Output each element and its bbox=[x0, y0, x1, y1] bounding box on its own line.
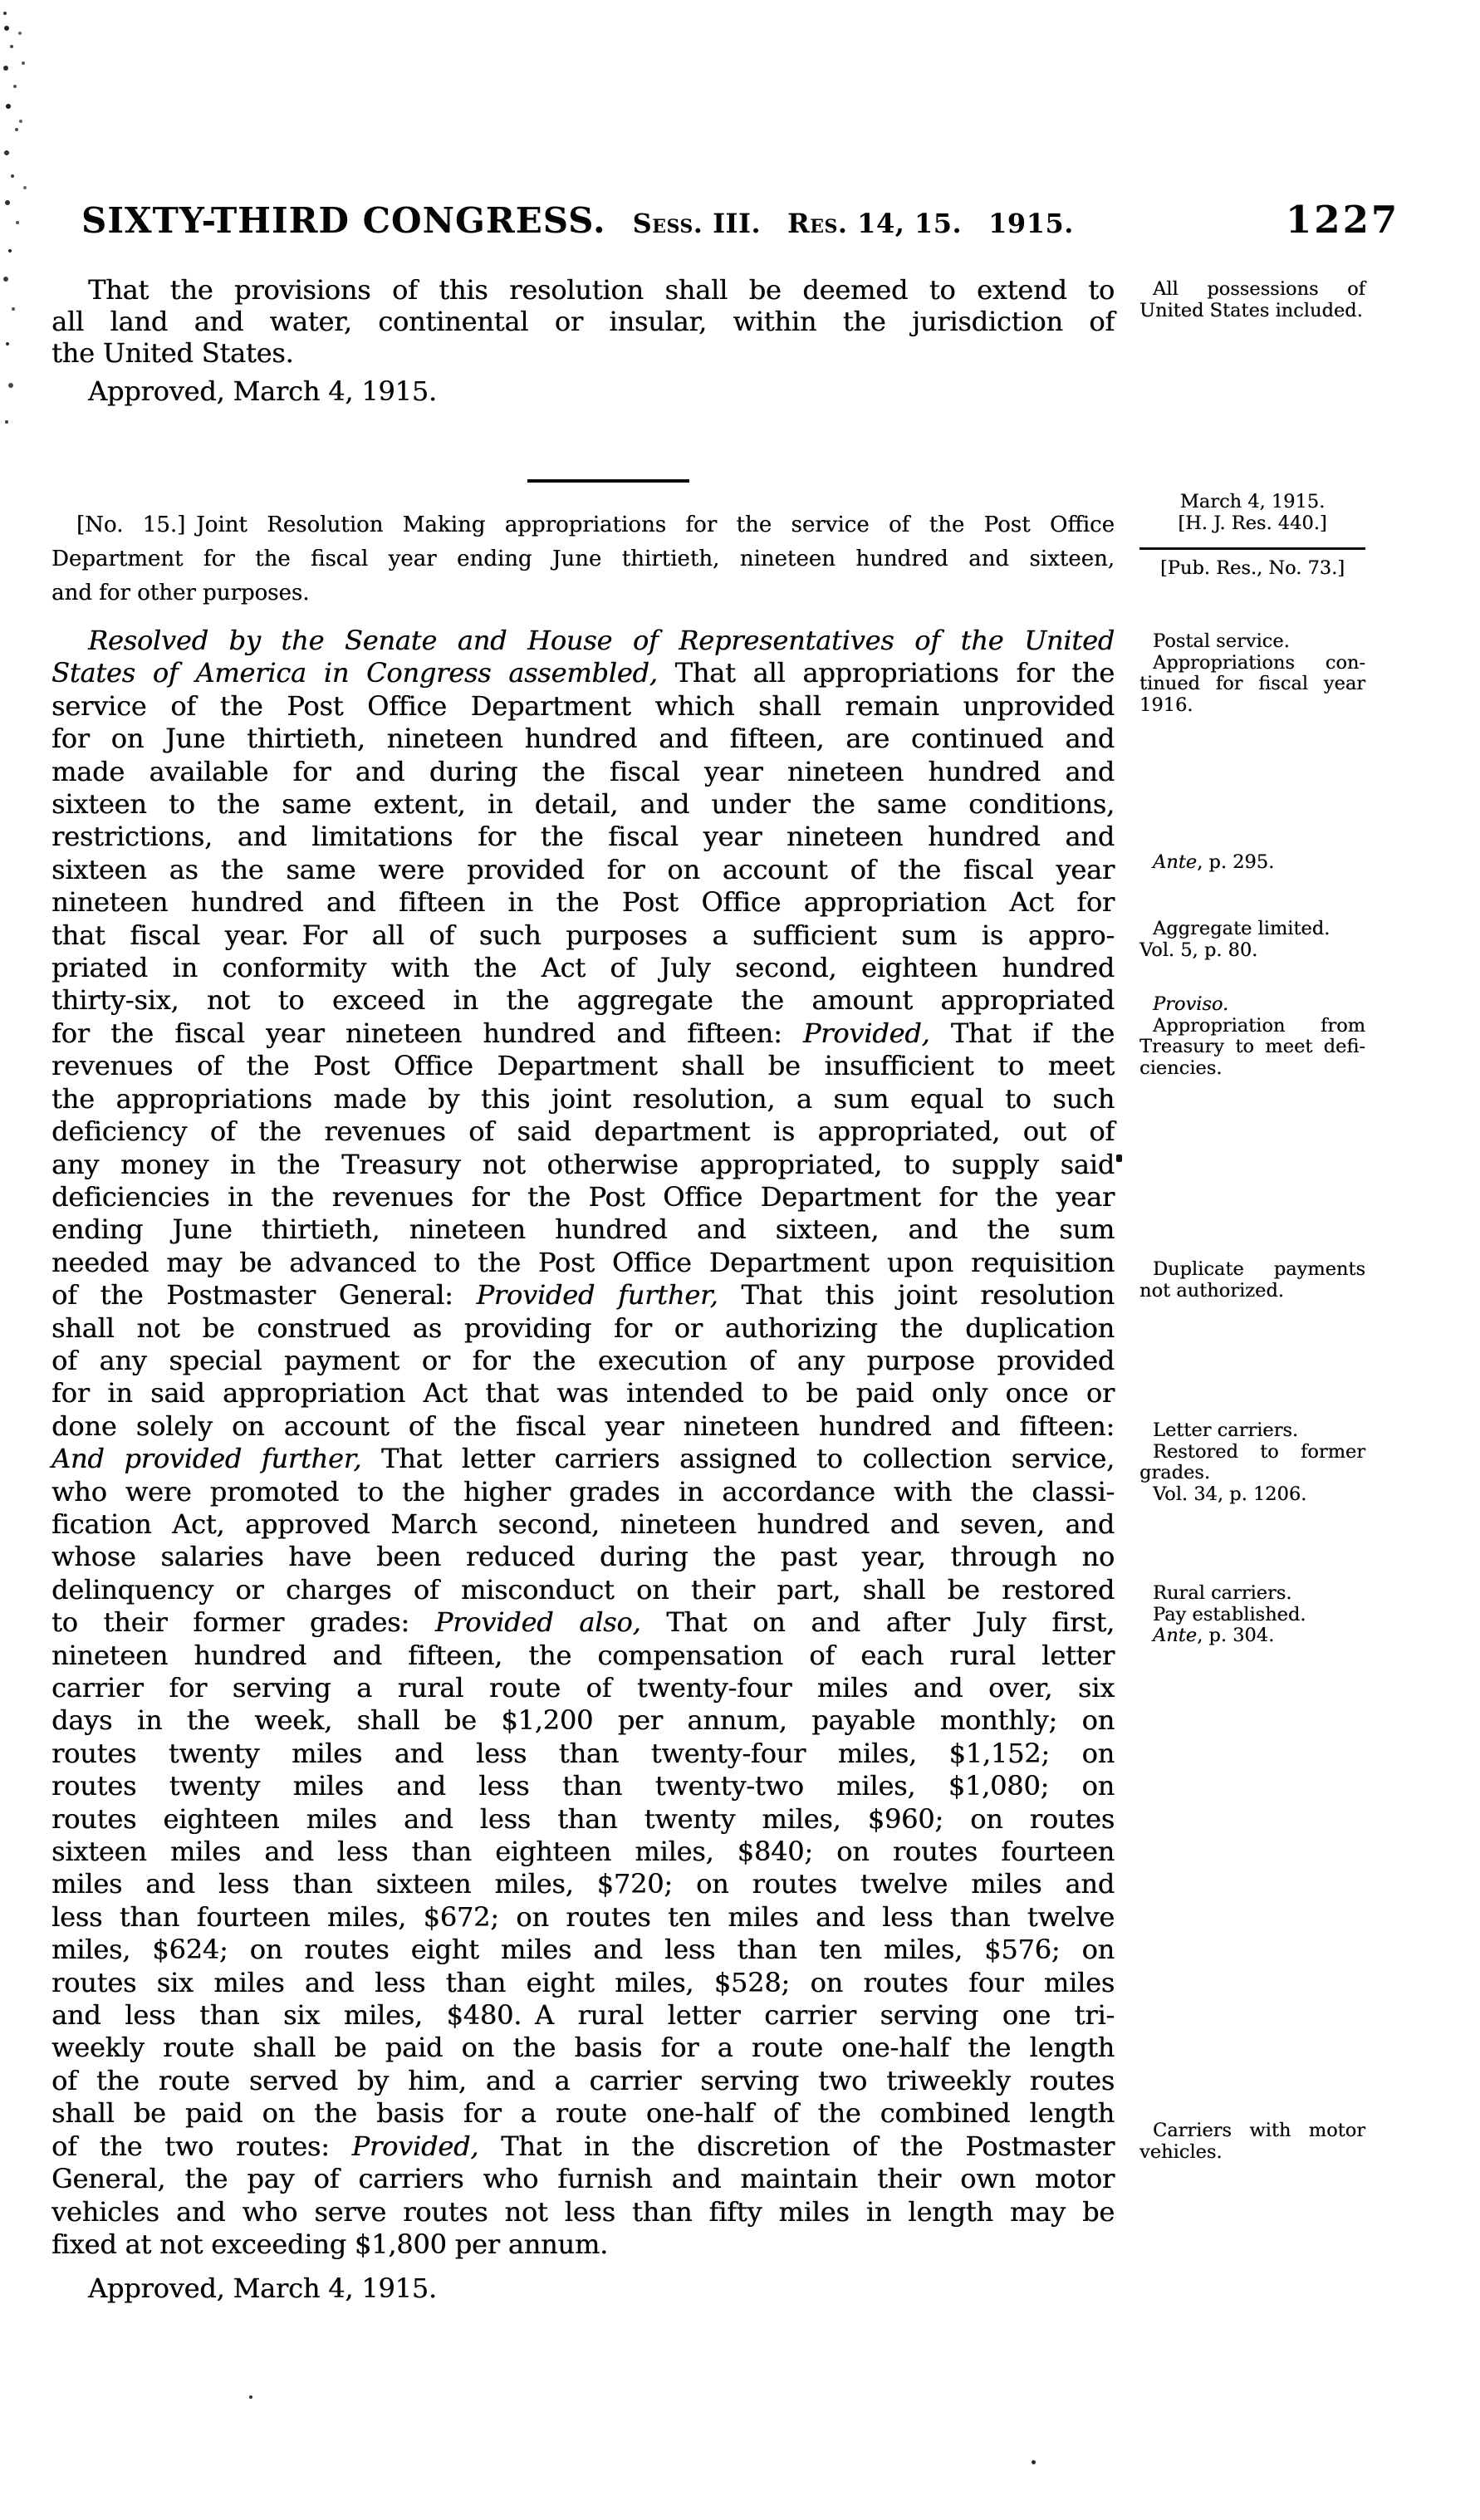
text-line: Department for the fiscal year ending Ju… bbox=[51, 542, 1115, 576]
text-line: and for other purposes. bbox=[51, 576, 1115, 610]
margin-note-letter-carriers: Letter carriers.Restored to formergrades… bbox=[1139, 1420, 1365, 1505]
text-line: States of America in Congress assembled,… bbox=[51, 657, 1115, 689]
text-segment: March 4, 1915. bbox=[1180, 491, 1326, 512]
text-segment: All possessions of bbox=[1153, 278, 1365, 300]
text-segment: routes twenty miles and less than twenty… bbox=[51, 1770, 1115, 1802]
text-segment: Postal service. bbox=[1153, 630, 1290, 652]
text-line: General, the pay of carriers who furnish… bbox=[51, 2163, 1115, 2195]
text-segment: fication Act, approved March second, nin… bbox=[51, 1508, 1115, 1540]
text-line: thirty-six, not to exceed in the aggrega… bbox=[51, 984, 1115, 1017]
approved-line-top: Approved, March 4, 1915. bbox=[51, 375, 1115, 408]
top-paragraph: That the provisions of this resolution s… bbox=[51, 274, 1115, 369]
italic-text: And provided further, bbox=[51, 1443, 361, 1474]
text-segment: ciencies. bbox=[1139, 1057, 1222, 1079]
text-segment: not authorized. bbox=[1139, 1280, 1284, 1302]
text-line: delinquency or charges of misconduct on … bbox=[51, 1574, 1115, 1606]
text-segment: Pay established. bbox=[1153, 1604, 1306, 1625]
text-line: restrictions, and limitations for the fi… bbox=[51, 821, 1115, 853]
text-segment: That this joint resolution bbox=[718, 1279, 1115, 1311]
text-segment: [Pub. Res., No. 73.] bbox=[1160, 557, 1345, 579]
text-line: That the provisions of this resolution s… bbox=[51, 274, 1115, 306]
italic-text: States of America in Congress assembled, bbox=[51, 657, 658, 689]
text-segment: vehicles. bbox=[1139, 2141, 1223, 2163]
text-line: Rural carriers. bbox=[1139, 1583, 1365, 1605]
text-segment: priated in conformity with the Act of Ju… bbox=[51, 952, 1115, 983]
text-segment: Department for the fiscal year ending Ju… bbox=[51, 547, 1115, 571]
italic-text: Resolved by the Senate and House of Repr… bbox=[88, 625, 1115, 656]
text-line: deficiency of the revenues of said depar… bbox=[51, 1115, 1115, 1148]
text-line: Restored to former bbox=[1139, 1442, 1365, 1463]
text-line: Vol. 34, p. 1206. bbox=[1139, 1484, 1365, 1506]
text-line: weekly route shall be paid on the basis … bbox=[51, 2032, 1115, 2064]
margin-note-rule bbox=[1139, 547, 1365, 550]
text-line: to their former grades: Provided also, T… bbox=[51, 1606, 1115, 1639]
ink-speck bbox=[1116, 1155, 1122, 1162]
text-segment: nineteen hundred and fifteen, the compen… bbox=[51, 1640, 1115, 1671]
text-line: and less than six miles, $480. A rural l… bbox=[51, 1999, 1115, 2032]
session-label: Sess. III. bbox=[633, 208, 762, 239]
text-line: revenues of the Post Office Department s… bbox=[51, 1050, 1115, 1082]
text-segment: days in the week, shall be $1,200 per an… bbox=[51, 1704, 1115, 1736]
text-segment: vehicles and who serve routes not less t… bbox=[51, 2196, 1115, 2228]
text-segment: That in the discretion of the Postmaster bbox=[478, 2130, 1115, 2162]
italic-text: Ante bbox=[1153, 1625, 1197, 1646]
text-segment: service of the Post Office Department wh… bbox=[51, 690, 1115, 722]
text-segment: sixteen miles and less than eighteen mil… bbox=[51, 1836, 1115, 1867]
text-line: whose salaries have been reduced during … bbox=[51, 1541, 1115, 1573]
text-segment: [H. J. Res. 440.] bbox=[1178, 512, 1326, 534]
text-line: the appropriations made by this joint re… bbox=[51, 1083, 1115, 1115]
italic-text: Provided, bbox=[803, 1017, 930, 1049]
text-segment: of any special payment or for the execut… bbox=[51, 1345, 1115, 1376]
text-line: all land and water, continental or insul… bbox=[51, 306, 1115, 337]
text-line: that fiscal year. For all of such purpos… bbox=[51, 919, 1115, 952]
text-line: And provided further, That letter carrie… bbox=[51, 1443, 1115, 1475]
text-segment: sixteen to the same extent, in detail, a… bbox=[51, 788, 1115, 820]
text-line: grades. bbox=[1139, 1463, 1365, 1484]
approved-line-bottom: Approved, March 4, 1915. bbox=[51, 2272, 1115, 2305]
text-line: Pay established. bbox=[1139, 1605, 1365, 1626]
text-segment: nineteen hundred and fifteen in the Post… bbox=[51, 886, 1115, 918]
text-line: ciencies. bbox=[1139, 1058, 1365, 1080]
italic-text: Provided further, bbox=[476, 1279, 718, 1311]
text-segment: for the fiscal year nineteen hundred and… bbox=[51, 1017, 803, 1049]
statute-page: SIXTY-THIRD CONGRESS.Sess. III.Res. 14, … bbox=[0, 0, 1480, 2520]
text-line: routes twenty miles and less than twenty… bbox=[51, 1770, 1115, 1802]
text-line: United States included. bbox=[1139, 301, 1365, 322]
text-line: routes eighteen miles and less than twen… bbox=[51, 1803, 1115, 1836]
text-line: [H. J. Res. 440.] bbox=[1139, 513, 1365, 535]
text-line: Ante, p. 304. bbox=[1139, 1625, 1365, 1647]
margin-note-aggregate-limited: Aggregate limited.Vol. 5, p. 80. bbox=[1139, 919, 1365, 961]
text-segment: Aggregate limited. bbox=[1153, 918, 1330, 939]
text-line: Ante, p. 295. bbox=[1139, 852, 1365, 874]
text-line: vehicles. bbox=[1139, 2142, 1365, 2164]
text-line: Letter carriers. bbox=[1139, 1420, 1365, 1442]
text-line: who were promoted to the higher grades i… bbox=[51, 1476, 1115, 1508]
italic-text: Ante bbox=[1153, 851, 1197, 873]
text-line: service of the Post Office Department wh… bbox=[51, 690, 1115, 723]
text-line: shall not be construed as providing for … bbox=[51, 1312, 1115, 1345]
text-line: of the Postmaster General: Provided furt… bbox=[51, 1279, 1115, 1311]
text-segment: the appropriations made by this joint re… bbox=[51, 1083, 1115, 1115]
text-segment: of the route served by him, and a carrie… bbox=[51, 2065, 1115, 2096]
text-segment: and less than six miles, $480. A rural l… bbox=[51, 1999, 1115, 2031]
text-segment: Rural carriers. bbox=[1153, 1582, 1291, 1604]
text-segment: and for other purposes. bbox=[51, 581, 310, 605]
text-line: March 4, 1915. bbox=[1139, 492, 1365, 513]
text-line: sixteen to the same extent, in detail, a… bbox=[51, 788, 1115, 821]
text-segment: carrier for serving a rural route of twe… bbox=[51, 1672, 1115, 1704]
text-line: Appropriations con- bbox=[1139, 653, 1365, 674]
text-segment: made available for and during the fiscal… bbox=[51, 756, 1115, 787]
scan-speck bbox=[249, 2395, 252, 2399]
text-segment: Treasury to meet defi- bbox=[1139, 1036, 1365, 1057]
text-line: Aggregate limited. bbox=[1139, 919, 1365, 940]
text-line: sixteen as the same were provided for on… bbox=[51, 854, 1115, 886]
text-segment: fixed at not exceeding $1,800 per annum. bbox=[51, 2228, 608, 2260]
text-line: of the two routes: Provided, That in the… bbox=[51, 2130, 1115, 2163]
congress-title: SIXTY-THIRD CONGRESS. bbox=[81, 200, 606, 241]
text-line: Appropriation from bbox=[1139, 1016, 1365, 1037]
page-number: 1227 bbox=[1286, 198, 1399, 242]
text-segment: thirty-six, not to exceed in the aggrega… bbox=[51, 984, 1115, 1016]
margin-note-date: March 4, 1915.[H. J. Res. 440.][Pub. Res… bbox=[1139, 492, 1365, 580]
text-segment: shall not be construed as providing for … bbox=[51, 1312, 1115, 1344]
text-line: Resolved by the Senate and House of Repr… bbox=[51, 625, 1115, 657]
text-segment: delinquency or charges of misconduct on … bbox=[51, 1574, 1115, 1606]
text-segment: ending June thirtieth, nineteen hundred … bbox=[51, 1213, 1115, 1245]
text-line: Proviso. bbox=[1139, 994, 1365, 1016]
section-divider-rule bbox=[527, 479, 689, 483]
scan-noise bbox=[3, 12, 7, 15]
text-line: carrier for serving a rural route of twe… bbox=[51, 1672, 1115, 1704]
text-line: nineteen hundred and fifteen in the Post… bbox=[51, 886, 1115, 919]
text-line: vehicles and who serve routes not less t… bbox=[51, 2196, 1115, 2228]
text-line: routes twenty miles and less than twenty… bbox=[51, 1738, 1115, 1770]
text-line: not authorized. bbox=[1139, 1281, 1365, 1302]
text-line: [Pub. Res., No. 73.] bbox=[1139, 558, 1365, 580]
text-line: Carriers with motor bbox=[1139, 2120, 1365, 2142]
text-line: miles and less than sixteen miles, $720;… bbox=[51, 1868, 1115, 1900]
text-segment: , p. 304. bbox=[1197, 1625, 1274, 1646]
text-segment: of the Postmaster General: bbox=[51, 1279, 476, 1311]
text-segment: Appropriations con- bbox=[1153, 652, 1365, 674]
text-segment: routes twenty miles and less than twenty… bbox=[51, 1738, 1115, 1769]
margin-note-ante-295: Ante, p. 295. bbox=[1139, 852, 1365, 874]
margin-note-possessions: All possessions ofUnited States included… bbox=[1139, 279, 1365, 321]
text-segment: Restored to former bbox=[1153, 1441, 1365, 1463]
text-segment: grades. bbox=[1139, 1462, 1210, 1483]
text-line: Postal service. bbox=[1139, 631, 1365, 653]
text-segment: miles and less than sixteen miles, $720;… bbox=[51, 1868, 1115, 1900]
text-line: 1916. bbox=[1139, 695, 1365, 717]
scan-speck bbox=[1032, 2460, 1036, 2464]
text-line: of the route served by him, and a carrie… bbox=[51, 2065, 1115, 2097]
text-segment: for on June thirtieth, nineteen hundred … bbox=[51, 723, 1115, 754]
text-line: ending June thirtieth, nineteen hundred … bbox=[51, 1213, 1115, 1246]
text-line: of any special payment or for the execut… bbox=[51, 1345, 1115, 1377]
text-line: made available for and during the fiscal… bbox=[51, 756, 1115, 788]
text-line: shall be paid on the basis for a route o… bbox=[51, 2097, 1115, 2130]
text-segment: weekly route shall be paid on the basis … bbox=[51, 2032, 1115, 2063]
text-line: fixed at not exceeding $1,800 per annum. bbox=[51, 2228, 1115, 2261]
text-segment: routes eighteen miles and less than twen… bbox=[51, 1803, 1115, 1835]
year-label: 1915. bbox=[988, 208, 1074, 239]
text-segment: That on and after July first, bbox=[640, 1606, 1115, 1638]
text-segment: Vol. 34, p. 1206. bbox=[1153, 1483, 1306, 1505]
resolution-numbers: Res. 14, 15. bbox=[787, 208, 962, 239]
main-paragraph: Resolved by the Senate and House of Repr… bbox=[51, 625, 1115, 2261]
text-segment: shall be paid on the basis for a route o… bbox=[51, 2097, 1115, 2129]
text-segment: , p. 295. bbox=[1197, 851, 1274, 873]
margin-note-proviso: Proviso.Appropriation fromTreasury to me… bbox=[1139, 994, 1365, 1079]
text-line: routes six miles and less than eight mil… bbox=[51, 1967, 1115, 1999]
text-line: Duplicate payments bbox=[1139, 1259, 1365, 1281]
text-segment: routes six miles and less than eight mil… bbox=[51, 1967, 1115, 1998]
text-segment: to their former grades: bbox=[51, 1606, 435, 1638]
text-segment: Letter carriers. bbox=[1153, 1419, 1298, 1441]
text-line: Treasury to meet defi- bbox=[1139, 1037, 1365, 1058]
text-segment: General, the pay of carriers who furnish… bbox=[51, 2163, 1115, 2194]
text-line: tinued for fiscal year bbox=[1139, 674, 1365, 695]
text-line: fication Act, approved March second, nin… bbox=[51, 1508, 1115, 1541]
text-segment: United States included. bbox=[1139, 300, 1363, 321]
text-segment: 1916. bbox=[1139, 694, 1193, 716]
text-line: nineteen hundred and fifteen, the compen… bbox=[51, 1640, 1115, 1672]
text-segment: deficiencies in the revenues for the Pos… bbox=[51, 1181, 1115, 1213]
text-segment: needed may be advanced to the Post Offic… bbox=[51, 1247, 1115, 1278]
text-line: done solely on account of the fiscal yea… bbox=[51, 1410, 1115, 1443]
text-segment: Carriers with motor bbox=[1153, 2120, 1365, 2141]
text-segment: miles, $624; on routes eight miles and l… bbox=[51, 1934, 1115, 1965]
text-segment: of the two routes: bbox=[51, 2130, 352, 2162]
page-header: SIXTY-THIRD CONGRESS.Sess. III.Res. 14, … bbox=[81, 200, 1074, 241]
margin-note-motor-vehicles: Carriers with motorvehicles. bbox=[1139, 2120, 1365, 2163]
text-line: [No. 15.] Joint Resolution Making approp… bbox=[51, 508, 1115, 542]
text-segment: revenues of the Post Office Department s… bbox=[51, 1050, 1115, 1081]
italic-text: Provided also, bbox=[435, 1606, 641, 1638]
text-segment: that fiscal year. For all of such purpos… bbox=[51, 919, 1115, 951]
text-line: deficiencies in the revenues for the Pos… bbox=[51, 1181, 1115, 1213]
text-segment: Appropriation from bbox=[1153, 1015, 1365, 1037]
text-line: miles, $624; on routes eight miles and l… bbox=[51, 1934, 1115, 1966]
text-segment: restrictions, and limitations for the fi… bbox=[51, 821, 1115, 852]
text-segment: deficiency of the revenues of said depar… bbox=[51, 1115, 1115, 1147]
text-line: for on June thirtieth, nineteen hundred … bbox=[51, 723, 1115, 755]
margin-note-rural-carriers: Rural carriers.Pay established.Ante, p. … bbox=[1139, 1583, 1365, 1647]
text-line: priated in conformity with the Act of Ju… bbox=[51, 952, 1115, 984]
text-line: days in the week, shall be $1,200 per an… bbox=[51, 1704, 1115, 1737]
resolution-heading: [No. 15.] Joint Resolution Making approp… bbox=[51, 508, 1115, 610]
text-segment: Duplicate payments bbox=[1153, 1258, 1365, 1280]
text-segment: That if the bbox=[930, 1017, 1115, 1049]
text-line: Vol. 5, p. 80. bbox=[1139, 940, 1365, 962]
text-segment: That all appropriations for the bbox=[658, 657, 1115, 689]
margin-note-postal-service: Postal service.Appropriations con-tinued… bbox=[1139, 631, 1365, 716]
text-segment: Vol. 5, p. 80. bbox=[1139, 939, 1257, 961]
text-segment: That letter carriers assigned to collect… bbox=[361, 1443, 1115, 1474]
text-segment: done solely on account of the fiscal yea… bbox=[51, 1410, 1115, 1442]
text-segment: for in said appropriation Act that was i… bbox=[51, 1377, 1115, 1409]
text-segment: who were promoted to the higher grades i… bbox=[51, 1476, 1115, 1508]
text-line: needed may be advanced to the Post Offic… bbox=[51, 1247, 1115, 1279]
text-line: any money in the Treasury not otherwise … bbox=[51, 1149, 1115, 1181]
italic-text: Proviso. bbox=[1153, 993, 1228, 1015]
text-line: All possessions of bbox=[1139, 279, 1365, 301]
text-segment: less than fourteen miles, $672; on route… bbox=[51, 1901, 1115, 1933]
text-segment: the United States. bbox=[51, 337, 294, 369]
text-line: for in said appropriation Act that was i… bbox=[51, 1377, 1115, 1410]
text-segment: That the provisions of this resolution s… bbox=[88, 274, 1115, 306]
text-line: for the fiscal year nineteen hundred and… bbox=[51, 1017, 1115, 1050]
text-line: less than fourteen miles, $672; on route… bbox=[51, 1901, 1115, 1934]
text-line: sixteen miles and less than eighteen mil… bbox=[51, 1836, 1115, 1868]
text-segment: tinued for fiscal year bbox=[1139, 673, 1365, 694]
text-line: the United States. bbox=[51, 337, 1115, 369]
text-segment: all land and water, continental or insul… bbox=[51, 306, 1115, 337]
text-segment: [No. 15.] Joint Resolution Making approp… bbox=[76, 512, 1115, 537]
italic-text: Provided, bbox=[352, 2130, 479, 2162]
margin-note-duplicate-payments: Duplicate paymentsnot authorized. bbox=[1139, 1259, 1365, 1302]
text-segment: any money in the Treasury not otherwise … bbox=[51, 1149, 1115, 1180]
text-segment: whose salaries have been reduced during … bbox=[51, 1541, 1115, 1572]
text-segment: sixteen as the same were provided for on… bbox=[51, 854, 1115, 885]
